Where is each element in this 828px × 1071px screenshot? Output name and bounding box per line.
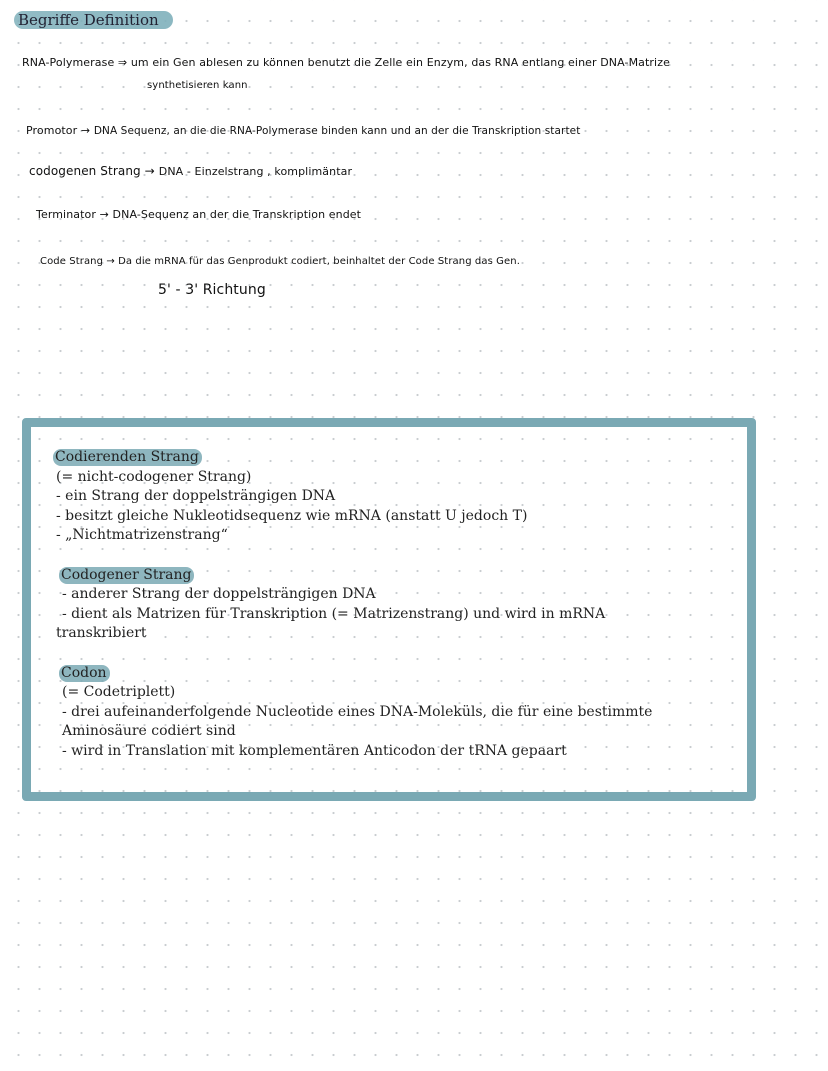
section-line: - ein Strang der doppelsträngigen DNA [56, 487, 746, 507]
section-line: - „Nichtmatrizenstrang“ [56, 526, 746, 546]
definition-terminator: Terminator → DNA-Sequenz an der die Tran… [36, 208, 361, 221]
section-codierenden-strang: Codierenden Strang (= nicht-codogener St… [56, 448, 746, 546]
arrow-icon: ⇒ [118, 56, 127, 69]
term-label: RNA-Polymerase [22, 56, 114, 69]
definition-codogenen-strang: codogenen Strang → DNA - Einzelstrang , … [29, 164, 352, 178]
arrow-icon: → [106, 256, 114, 267]
definition-text: DNA - Einzelstrang , komplimäntar [159, 165, 352, 178]
arrow-icon: → [100, 208, 109, 221]
definition-box-content: Codierenden Strang (= nicht-codogener St… [56, 448, 746, 781]
page-title: Begriffe Definition [14, 11, 173, 29]
section-line: (= Codetriplett) [62, 683, 746, 703]
section-line: - besitzt gleiche Nukleotidsequenz wie m… [56, 507, 746, 527]
definition-code-strang: Code Strang → Da die mRNA für das Genpro… [40, 256, 520, 267]
definition-promotor: Promotor → DNA Sequenz, an die die RNA-P… [26, 124, 580, 137]
definition-text: DNA-Sequenz an der die Transkription end… [113, 208, 362, 221]
section-codon: Codon (= Codetriplett) - drei aufeinande… [56, 664, 746, 762]
section-line: Aminosäure codiert sind [62, 722, 746, 742]
section-line: - drei aufeinanderfolgende Nucleotide ei… [62, 703, 746, 723]
section-line: (= nicht-codogener Strang) [56, 468, 746, 488]
definition-rna-polymerase: RNA-Polymerase ⇒ um ein Gen ablesen zu k… [22, 56, 670, 69]
section-heading: Codon [59, 665, 110, 682]
section-codogener-strang: Codogener Strang - anderer Strang der do… [56, 566, 746, 644]
definition-code-strang-direction: 5' - 3' Richtung [158, 282, 266, 298]
section-heading: Codierenden Strang [53, 449, 202, 466]
section-line: - anderer Strang der doppelsträngigen DN… [62, 585, 746, 605]
section-line: transkribiert [56, 624, 746, 644]
definition-text: DNA Sequenz, an die die RNA-Polymerase b… [94, 125, 581, 137]
section-line: - dient als Matrizen für Transkription (… [62, 605, 746, 625]
term-label: Code Strang [40, 256, 103, 267]
term-label: Promotor [26, 124, 77, 137]
term-label: codogenen Strang [29, 164, 141, 178]
definition-rna-polymerase-continued: synthetisieren kann [147, 80, 248, 91]
definition-text: Da die mRNA für das Genprodukt codiert, … [118, 256, 520, 267]
term-label: Terminator [36, 208, 96, 221]
arrow-icon: → [81, 124, 90, 137]
definition-text: um ein Gen ablesen zu können benutzt die… [131, 56, 670, 69]
arrow-icon: → [145, 164, 155, 178]
section-line: - wird in Translation mit komplementären… [62, 742, 746, 762]
section-heading: Codogener Strang [59, 567, 194, 584]
